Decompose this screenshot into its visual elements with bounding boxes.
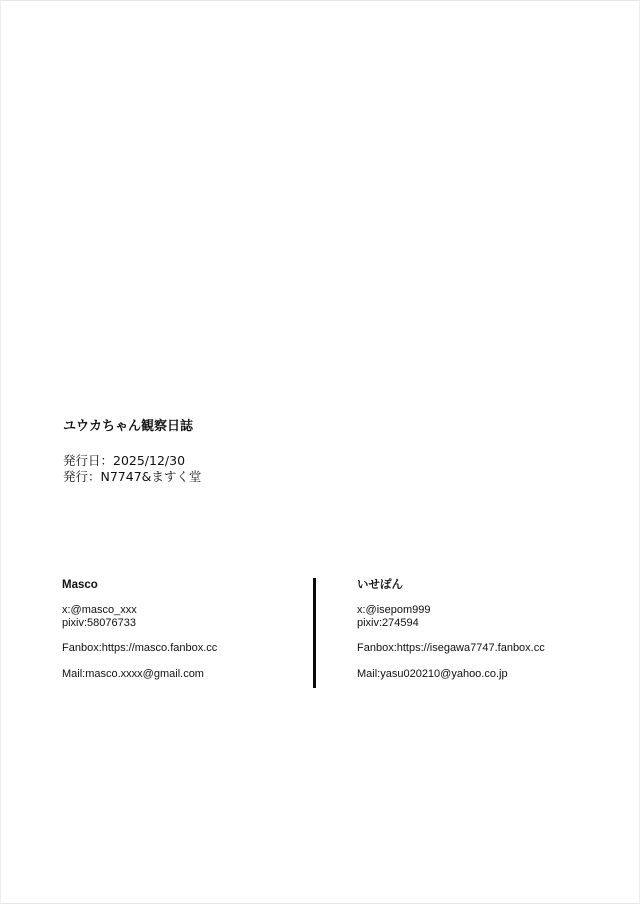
x-handle: x:@isepom999 bbox=[357, 604, 545, 617]
author-social: x:@masco_xxx pixiv:58076733 bbox=[62, 604, 217, 629]
publication-info: 発行日：2025/12/30 発行：N7747&ますく堂 bbox=[63, 453, 201, 485]
author-name: いせぽん bbox=[357, 578, 545, 592]
author-social: x:@isepom999 pixiv:274594 bbox=[357, 604, 545, 629]
book-title: ユウカちゃん観察日誌 bbox=[63, 415, 193, 434]
mail-address: Mail:masco.xxxx@gmail.com bbox=[62, 668, 217, 681]
vertical-divider bbox=[313, 578, 316, 688]
x-handle: x:@masco_xxx bbox=[62, 604, 217, 617]
author-name: Masco bbox=[62, 578, 217, 592]
fanbox-link: Fanbox:https://isegawa7747.fanbox.cc bbox=[357, 642, 545, 655]
fanbox-link: Fanbox:https://masco.fanbox.cc bbox=[62, 642, 217, 655]
pixiv-id: pixiv:274594 bbox=[357, 617, 545, 630]
author-block-masco: Masco x:@masco_xxx pixiv:58076733 Fanbox… bbox=[62, 578, 217, 681]
mail-address: Mail:yasu020210@yahoo.co.jp bbox=[357, 668, 545, 681]
publish-date: 発行日：2025/12/30 bbox=[63, 453, 201, 469]
publisher: 発行：N7747&ますく堂 bbox=[63, 469, 201, 485]
pixiv-id: pixiv:58076733 bbox=[62, 617, 217, 630]
author-block-isepon: いせぽん x:@isepom999 pixiv:274594 Fanbox:ht… bbox=[357, 578, 545, 681]
colophon-page: ユウカちゃん観察日誌 発行日：2025/12/30 発行：N7747&ますく堂 … bbox=[0, 0, 640, 904]
